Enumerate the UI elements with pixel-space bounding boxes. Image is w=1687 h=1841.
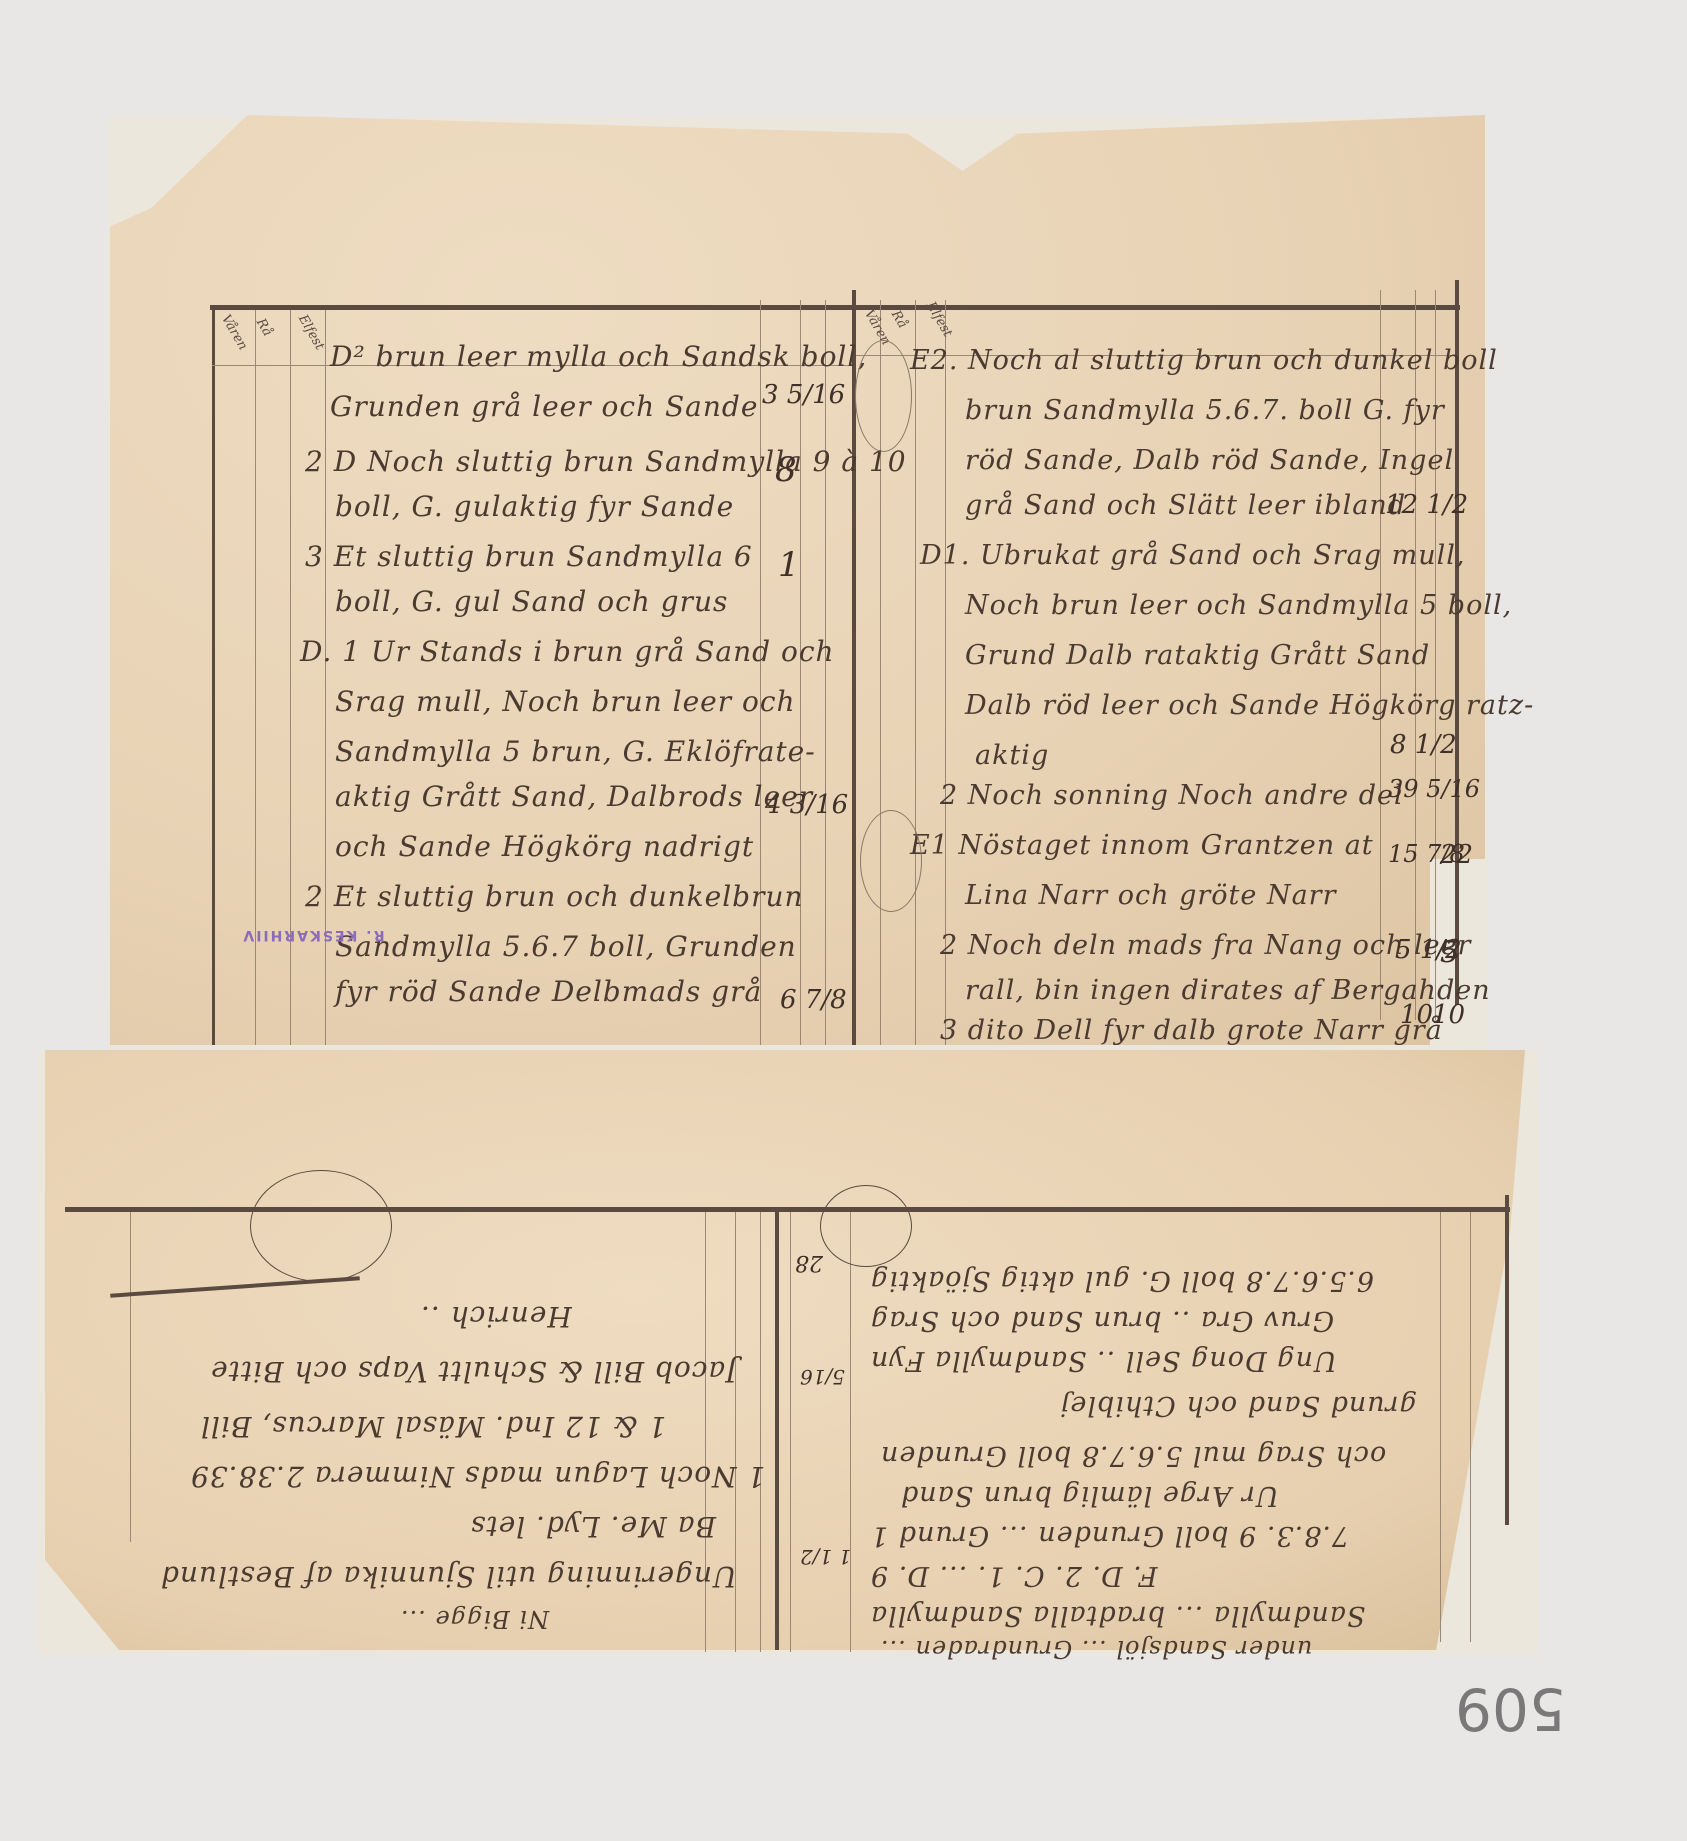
ledger-line-inverted: grund Sand och Cthiblej [1060, 1390, 1417, 1421]
flourish-loop [250, 1170, 392, 1282]
amount: 10 [1432, 1000, 1465, 1030]
ledger-line: Srag mull, Noch brun leer och [335, 685, 796, 718]
ledger-line: fyr röd Sande Delbmads grå [335, 975, 762, 1008]
ledger-line: E2. Noch al sluttig brun och dunkel boll [910, 345, 1498, 376]
col-rule [1440, 1212, 1441, 1642]
col-rule [825, 300, 826, 1045]
ledger-line-inverted: Ba Me. Lyd. lets [470, 1510, 716, 1543]
flourish-loop [820, 1185, 912, 1267]
ledger-line: brun Sandmylla 5.6.7. boll G. fyr [965, 395, 1445, 426]
ledger-line-inverted: F. D. 2. C. 1. ... D. 9 [870, 1560, 1157, 1591]
amount: 4 3/16 [765, 790, 848, 820]
amount: 5 [1440, 935, 1459, 970]
ledger-line: aktig [975, 740, 1049, 771]
ledger-line: 2 D Noch sluttig brun Sandmylla 9 à 10 [305, 445, 907, 478]
amount-inverted: 1 1/2 [800, 1545, 851, 1569]
ledger-line: Dalb röd leer och Sande Högkörg ratz- [965, 690, 1534, 721]
ledger-line-inverted: Ungerinning util Sjunnika af Bestlund [160, 1560, 737, 1593]
ledger-line-inverted: Ung Dong Sell .. Sandmylla Fyn [870, 1345, 1337, 1376]
ledger-line: 3 Et sluttig brun Sandmylla 6 [305, 540, 753, 573]
ledger-line: D² brun leer mylla och Sandsk boll, [330, 340, 867, 373]
archive-stamp: R. KESKARHIIV [168, 915, 458, 943]
amount: 6 7/8 [780, 985, 847, 1015]
col-rule [915, 300, 916, 1045]
col-rule [1470, 1212, 1471, 1642]
ledger-line-inverted: 1 & 12 Ind. Mäsal Marcus, Bill [200, 1410, 666, 1443]
ledger-line: och Sande Högkörg nadrigt [335, 830, 754, 863]
ledger-line: D. 1 Ur Stands i brun grå Sand och [300, 635, 835, 668]
col-rule [800, 300, 801, 1045]
lower-frame-right [1505, 1195, 1509, 1525]
ledger-line: boll, G. gulaktig fyr Sande [335, 490, 734, 523]
amount: 10 [1400, 1000, 1433, 1030]
amount: 39 5/16 [1388, 775, 1480, 803]
ledger-line: 2 Noch sonning Noch andre del [940, 780, 1404, 811]
ledger-line: aktig Grått Sand, Dalbrods leer [335, 780, 813, 813]
col-rule [130, 1212, 131, 1542]
amount-inverted: 28 [795, 1250, 823, 1275]
ledger-line-inverted: och Srag mul 5.6.7.8 boll Grunden [880, 1440, 1386, 1471]
ledger-line: röd Sande, Dalb röd Sande, Ingel [965, 445, 1454, 476]
pencil-folio-note: 509 [1455, 1675, 1566, 1743]
lower-divider [775, 1210, 779, 1650]
amount: 1 [778, 545, 800, 585]
col-rule [760, 1212, 761, 1652]
ledger-line: Lina Narr och gröte Narr [965, 880, 1337, 911]
ledger-line-inverted: Ur Arge lämlig brun Sand [900, 1480, 1279, 1511]
upper-frame-right [1455, 280, 1459, 1005]
ledger-line: 2 Et sluttig brun och dunkelbrun [305, 880, 804, 913]
ledger-line: boll, G. gul Sand och grus [335, 585, 728, 618]
amount: 8 1/2 [1390, 730, 1457, 760]
ledger-line-inverted: Jacob Bill & Schultt Vaps och Bitte [210, 1355, 737, 1388]
upper-frame-top [210, 305, 1460, 310]
ledger-line-inverted: under Sandsjöl ... Grundraden ... [880, 1635, 1312, 1663]
ledger-line: Grunden grå leer och Sande [330, 390, 758, 423]
ledger-line-inverted: 6.5.6.7.8 boll G. gul aktig Sjöaktig [870, 1265, 1374, 1296]
ledger-line: grå Sand och Slätt leer ibland [965, 490, 1406, 521]
ledger-line: 3 dito Dell fyr dalb grote Narr grå [940, 1015, 1443, 1046]
ledger-line-inverted: Sandmylla ... bradtalla Sandmylla [870, 1600, 1365, 1631]
amount: 8 [775, 450, 797, 490]
ledger-line-inverted: 1 Noch Lagun mads Nimmera 2.38.39 [190, 1460, 765, 1493]
ledger-line-inverted: 7.8.3. 9 boll Grunden ... Grund 1 [870, 1520, 1349, 1551]
amount-inverted: 5/16 [800, 1365, 845, 1389]
col-rule [790, 1212, 791, 1652]
amount: 22 [1440, 840, 1473, 870]
col-rule [850, 1212, 851, 1652]
flourish-loop [855, 340, 912, 452]
ledger-line: D1. Ubrukat grå Sand och Srag mull, [920, 540, 1466, 571]
flourish-loop [860, 810, 922, 912]
ledger-line: Grund Dalb rataktig Grått Sand [965, 640, 1430, 671]
ledger-line: 2 Noch deln mads fra Nang och leer [940, 930, 1471, 961]
ledger-line-inverted: Gruv Gra .. brun Sand och Srag [870, 1305, 1334, 1336]
ledger-line: E1 Nöstaget innom Grantzen at [910, 830, 1374, 861]
ledger-line: Sandmylla 5 brun, G. Eklöfrate- [335, 735, 816, 768]
amount: 3 5/16 [762, 380, 845, 410]
ledger-line-inverted: Henrich .. [420, 1300, 572, 1333]
ledger-line: Noch brun leer och Sandmylla 5 boll, [965, 590, 1512, 621]
ledger-line-inverted: Ni Bigge ... [400, 1605, 549, 1633]
amount: 12 1/2 [1385, 490, 1468, 520]
